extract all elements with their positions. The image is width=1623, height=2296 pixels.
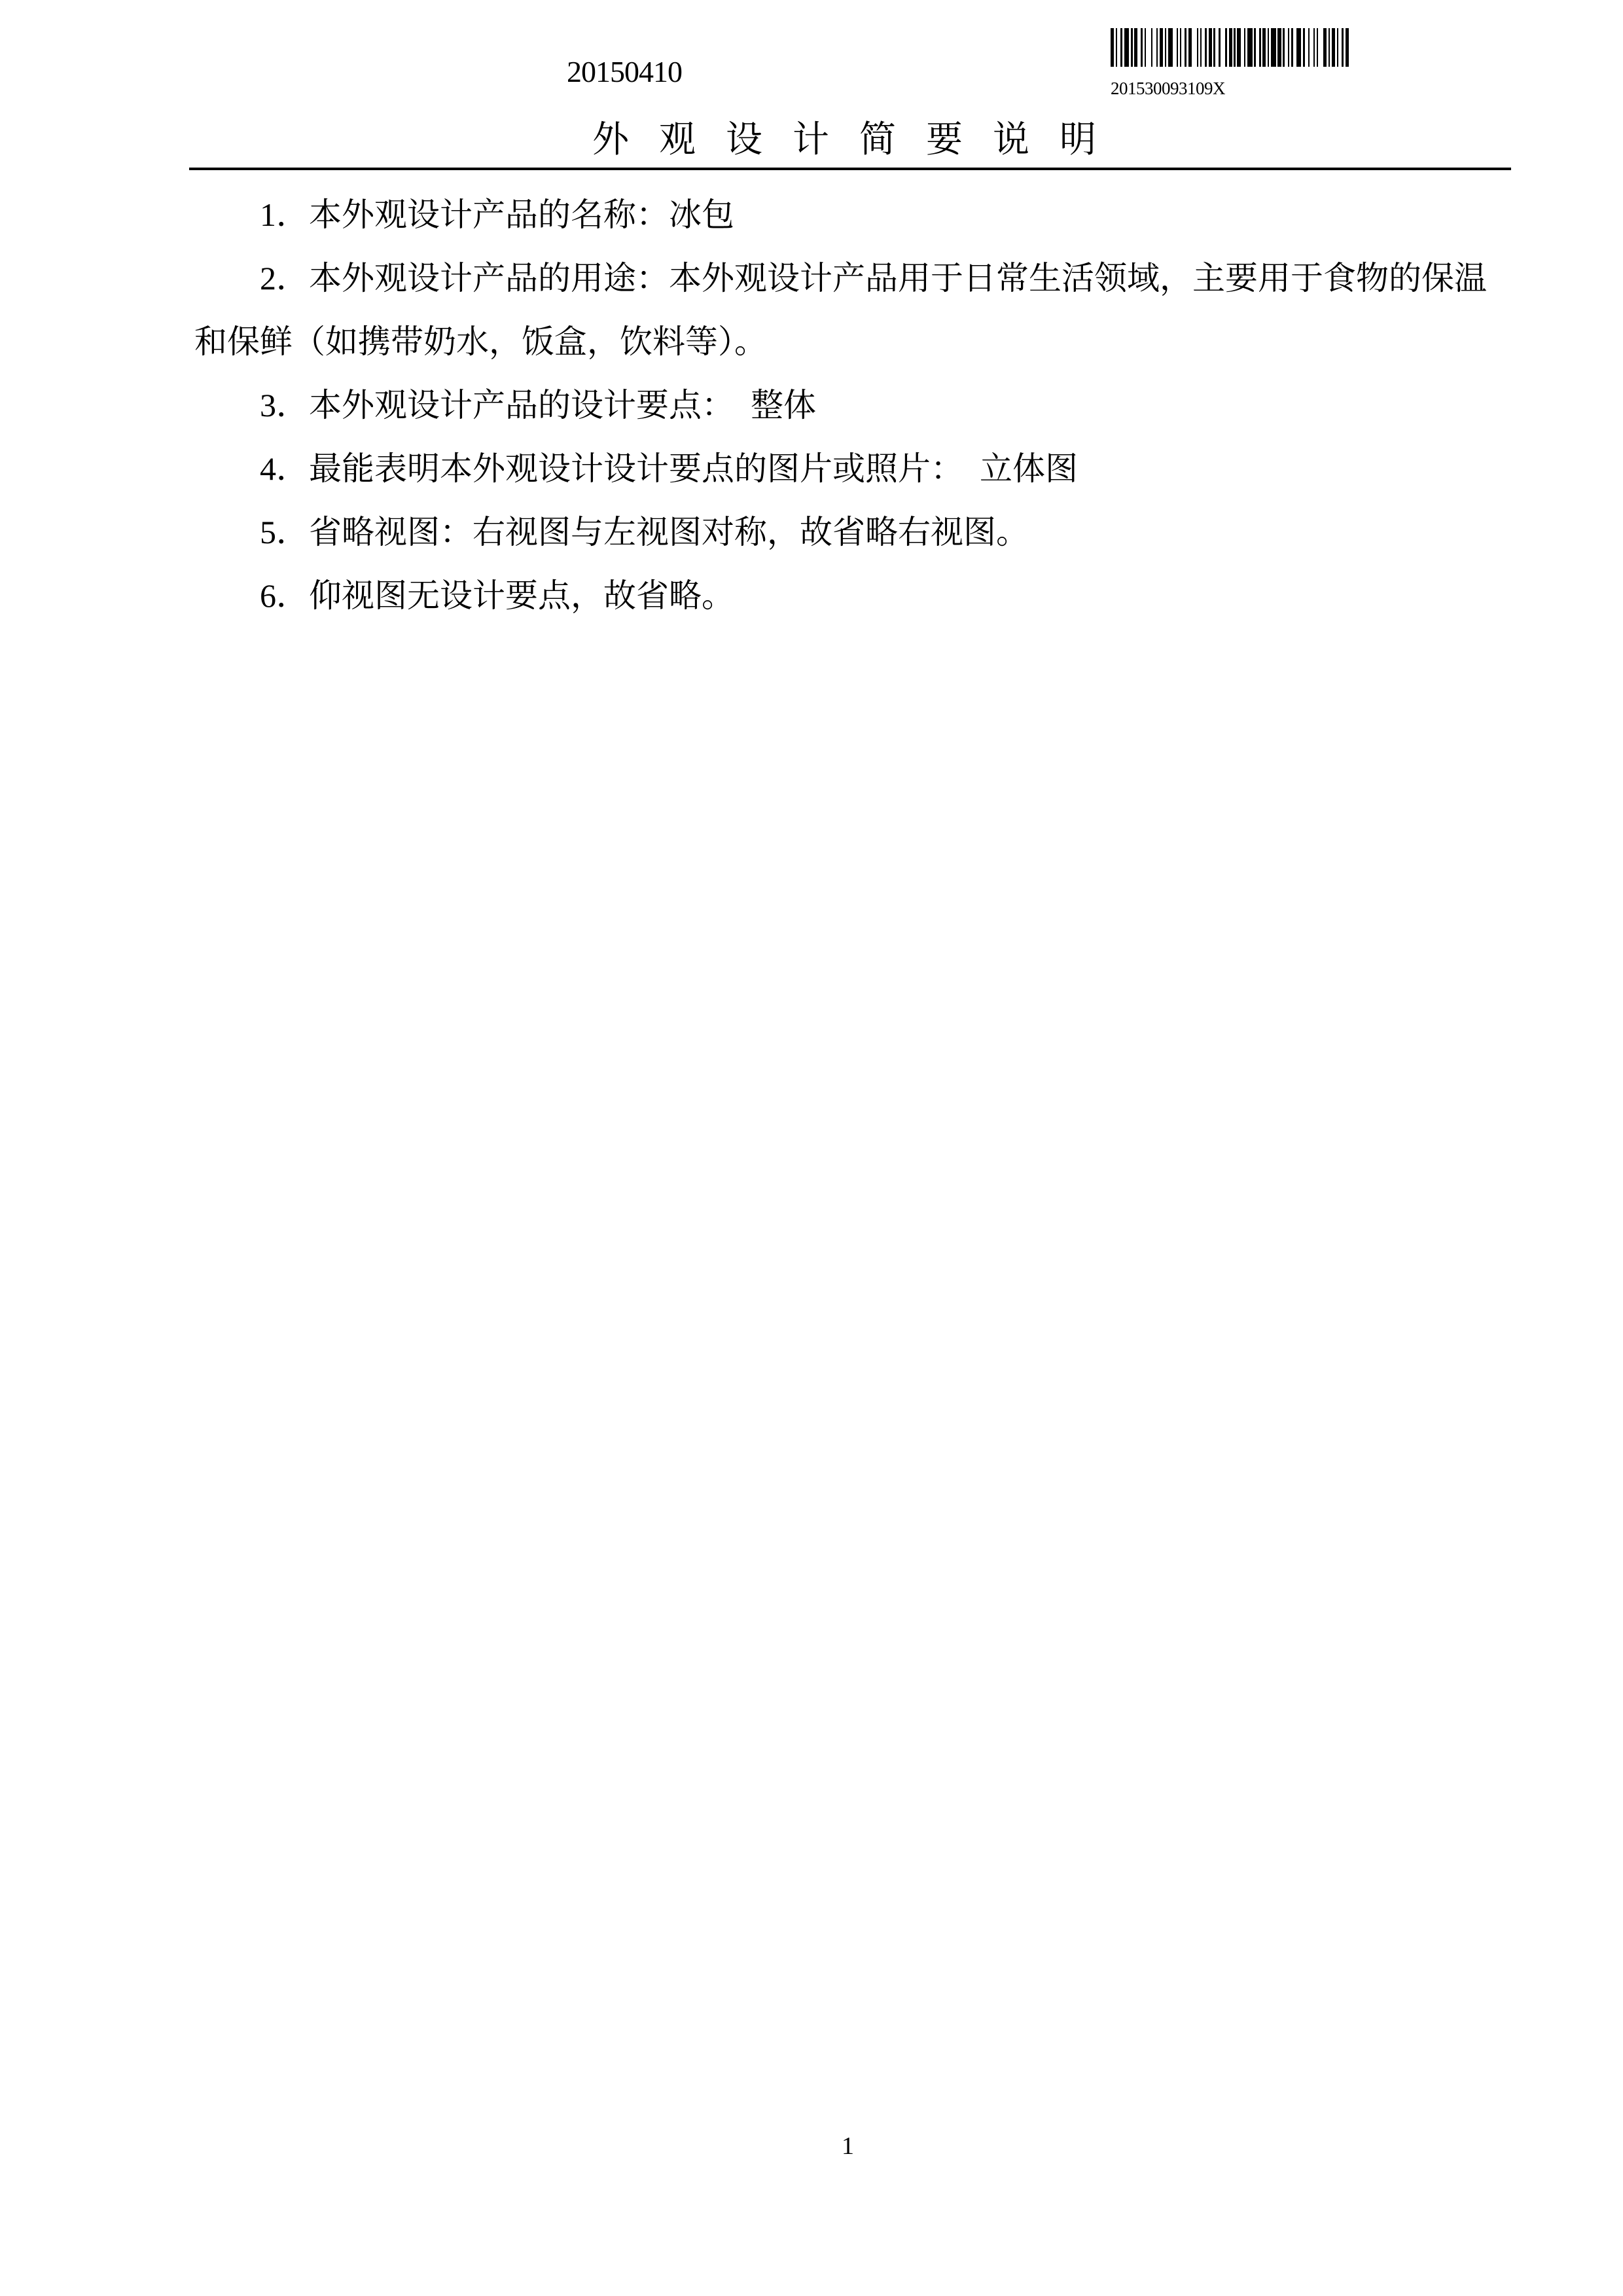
paragraph-line: 6．仰视图无设计要点，故省略。 (194, 564, 1516, 628)
item-1-product-name: 1．本外观设计产品的名称：冰包 (194, 183, 1516, 247)
item-6-bottom-view: 6．仰视图无设计要点，故省略。 (194, 564, 1516, 628)
barcode-space (1192, 28, 1197, 67)
document-body: 1．本外观设计产品的名称：冰包 2．本外观设计产品的用途：本外观设计产品用于日常… (194, 183, 1516, 628)
barcode-image (1111, 28, 1354, 67)
barcode-number: 201530093109X (1111, 79, 1225, 98)
paragraph-line: 1．本外观设计产品的名称：冰包 (194, 183, 1516, 247)
paragraph-line: 4．最能表明本外观设计设计要点的图片或照片： 立体图 (194, 437, 1516, 501)
barcode-bar (1271, 28, 1276, 67)
page-number: 1 (842, 2132, 854, 2160)
barcode-bar (1247, 28, 1253, 67)
item-2-product-use: 2．本外观设计产品的用途：本外观设计产品用于日常生活领域，主要用于食物的保温 和… (194, 247, 1516, 374)
item-3-design-points: 3．本外观设计产品的设计要点： 整体 (194, 374, 1516, 437)
barcode-bar (1296, 28, 1302, 67)
paragraph-line: 3．本外观设计产品的设计要点： 整体 (194, 374, 1516, 437)
barcode-space (1221, 28, 1226, 67)
header-divider (189, 168, 1511, 170)
paragraph-line-continuation: 和保鲜（如携带奶水，饭盒，饮料等）。 (194, 310, 1516, 374)
barcode-space (1146, 28, 1151, 67)
barcode-bar (1168, 28, 1173, 67)
paragraph-line: 5．省略视图：右视图与左视图对称，故省略右视图。 (194, 501, 1516, 564)
item-5-omitted-views: 5．省略视图：右视图与左视图对称，故省略右视图。 (194, 501, 1516, 564)
document-title: 外观设计简要说明 (592, 118, 1126, 162)
item-4-representative-view: 4．最能表明本外观设计设计要点的图片或照片： 立体图 (194, 437, 1516, 501)
barcode-bar (1124, 28, 1130, 67)
paragraph-line: 2．本外观设计产品的用途：本外观设计产品用于日常生活领域，主要用于食物的保温 (194, 247, 1516, 310)
application-date: 20150410 (567, 55, 682, 89)
barcode-space (1318, 28, 1323, 67)
barcode-space (1349, 28, 1354, 67)
